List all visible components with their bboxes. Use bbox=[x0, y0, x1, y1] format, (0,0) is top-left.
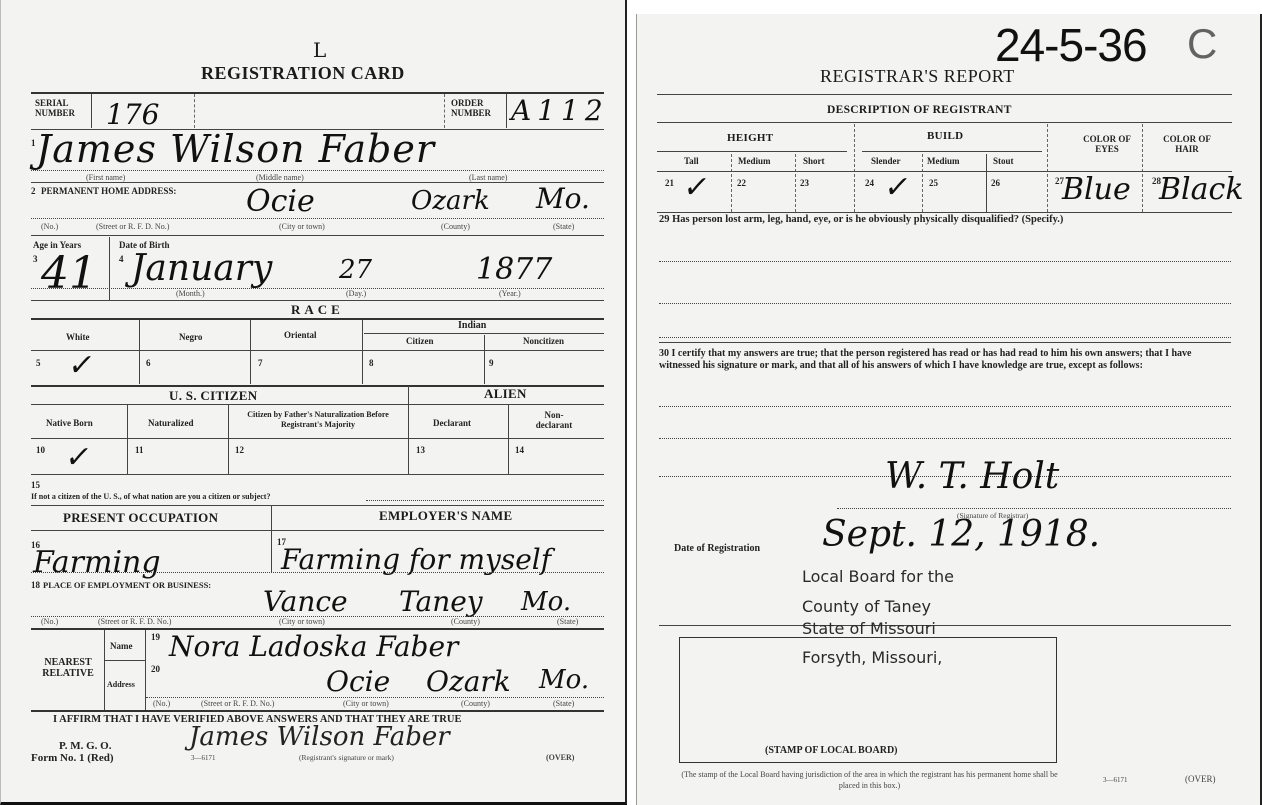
employment-county: Taney bbox=[399, 585, 483, 618]
question-30: 30 I certify that my answers are true; t… bbox=[659, 348, 1234, 372]
relative-county: Ozark bbox=[426, 665, 511, 698]
order-label: ORDER NUMBER bbox=[451, 98, 503, 118]
order-value: A112 bbox=[511, 94, 609, 127]
birth-month: January bbox=[131, 248, 272, 289]
native-born-checkmark: ✓ bbox=[63, 440, 94, 475]
birth-day: 27 bbox=[339, 255, 372, 285]
birth-year: 1877 bbox=[476, 252, 552, 287]
home-address-label: PERMANENT HOME ADDRESS: bbox=[41, 186, 176, 196]
question-29: 29 Has person lost arm, leg, hand, eye, … bbox=[659, 214, 1234, 226]
occupation-value: Farming bbox=[33, 545, 161, 580]
registrars-report: 24-5-36 C REGISTRAR'S REPORT DESCRIPTION… bbox=[636, 14, 1262, 805]
home-city: Ocie bbox=[246, 184, 315, 219]
registrar-signature: W. T. Holt bbox=[885, 456, 1059, 497]
employment-state: Mo. bbox=[521, 587, 571, 617]
white-checkmark: ✓ bbox=[66, 348, 97, 383]
relative-city: Ocie bbox=[326, 665, 390, 698]
home-county: Ozark bbox=[411, 186, 490, 216]
registrant-signature: James Wilson Faber bbox=[189, 722, 450, 752]
registrant-name: James Wilson Faber bbox=[36, 127, 435, 171]
relative-name: Nora Ladoska Faber bbox=[169, 630, 458, 663]
stamp-number: 24-5-36 bbox=[995, 18, 1147, 72]
registration-date: Sept. 12, 1918. bbox=[822, 514, 1100, 555]
relative-state: Mo. bbox=[539, 665, 589, 695]
age-value: 41 bbox=[41, 248, 97, 299]
home-state: Mo. bbox=[536, 182, 590, 215]
tall-checkmark: ✓ bbox=[681, 170, 712, 205]
report-title: REGISTRAR'S REPORT bbox=[820, 66, 1015, 87]
employment-city: Vance bbox=[263, 585, 348, 618]
nearest-relative-label: NEAREST RELATIVE bbox=[37, 657, 99, 679]
serial-label: SERIAL NUMBER bbox=[35, 98, 90, 118]
hair-color: Black bbox=[1159, 172, 1244, 207]
card-title: REGISTRATION CARD bbox=[201, 63, 405, 84]
slender-checkmark: ✓ bbox=[882, 170, 913, 205]
top-mark: L bbox=[313, 38, 326, 62]
registration-card: L REGISTRATION CARD SERIAL NUMBER 176 OR… bbox=[0, 0, 627, 805]
eye-color: Blue bbox=[1062, 172, 1131, 207]
